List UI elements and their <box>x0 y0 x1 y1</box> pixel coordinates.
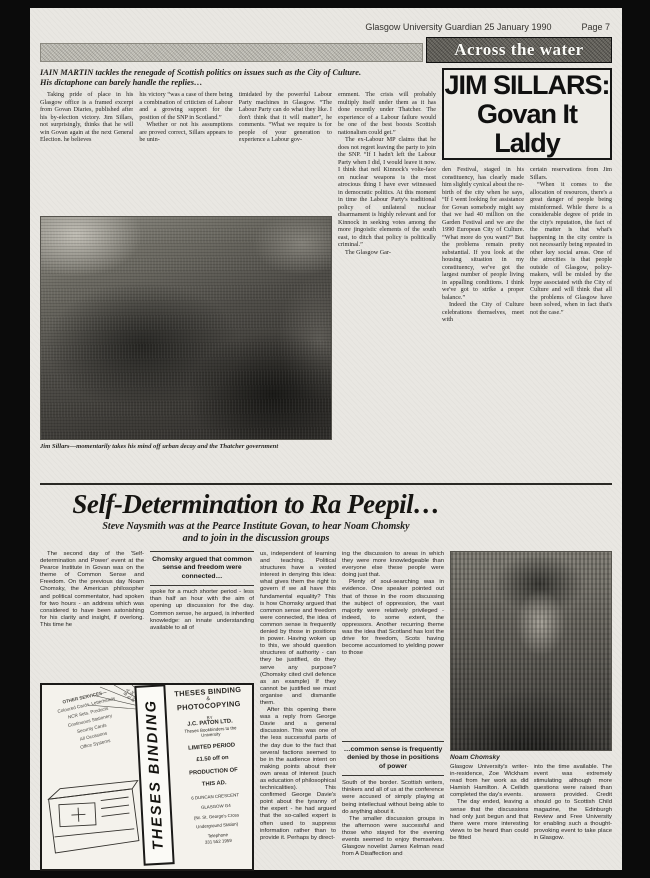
sillars-left-block: Taking pride of place in his Glasgow off… <box>40 91 332 473</box>
sillars-article: IAIN MARTIN tackles the renegade of Scot… <box>40 68 612 476</box>
page-number: Page 7 <box>581 22 610 34</box>
pull-quote-1: Chomsky argued that common sense and fre… <box>150 551 254 586</box>
chomsky-photo <box>450 551 612 751</box>
pull-quote-2: …common sense is frequently denied by th… <box>342 741 444 776</box>
theses-binding-ad: OTHER SERVICES—Coloured Cards, Letterhea… <box>40 683 254 871</box>
chomsky-left-group: The second day of the 'Self-determinatio… <box>40 551 254 871</box>
chomsky-headline: Self-Determination to Ra Peepil… <box>40 490 472 519</box>
chomsky-photo-caption: Noam Chomsky <box>450 754 612 761</box>
chomsky-column-b: Chomsky argued that common sense and fre… <box>150 551 254 677</box>
sillars-photo <box>40 216 332 440</box>
sillars-right-block: JIM SILLARS: Govan It Laldy den Festival… <box>442 68 612 476</box>
screenshot-root: { "header": { "masthead": "Glasgow Unive… <box>0 0 650 878</box>
article-column: ing the discussion to areas in which the… <box>342 551 444 737</box>
sillars-photo-caption: Jim Sillars—momentarily takes his mind o… <box>40 443 332 450</box>
chomsky-byline: Steve Naysmith was at the Pearce Institu… <box>40 521 472 545</box>
article-column: his victory “was a case of there being a… <box>139 91 232 210</box>
newspaper-page: Glasgow University Guardian 25 January 1… <box>30 8 622 870</box>
section-banner-row: Across the water <box>40 37 612 63</box>
masthead-dateline: Glasgow University Guardian 25 January 1… <box>365 22 551 34</box>
sillars-headline-box: JIM SILLARS: Govan It Laldy <box>442 68 612 160</box>
chomsky-columns-a-b: The second day of the 'Self-determinatio… <box>40 551 254 677</box>
article-column: The second day of the 'Self-determinatio… <box>40 551 144 677</box>
chomsky-column-d: ing the discussion to areas in which the… <box>342 551 444 867</box>
chomsky-article-body: The second day of the 'Self-determinatio… <box>40 551 612 871</box>
article-column: South of the border. Scottish writers, t… <box>342 780 444 867</box>
sillars-columns: Taking pride of place in his Glasgow off… <box>40 91 436 473</box>
page-header: Glasgow University Guardian 25 January 1… <box>40 22 612 34</box>
article-column: into the time available. The event was e… <box>534 764 613 856</box>
kicker-line-1: IAIN MARTIN tackles the renegade of Scot… <box>40 68 361 77</box>
article-column: us, independent of learning and teaching… <box>260 551 336 867</box>
chomsky-columns-e-f: Glasgow University's writer-in-residence… <box>450 764 612 856</box>
byline-line-2: and to join in the discussion groups <box>183 533 330 544</box>
section-banner: Across the water <box>426 37 612 63</box>
chomsky-right-group: Noam Chomsky Glasgow University's writer… <box>450 551 612 871</box>
article-column: spoke for a much shorter period - less t… <box>150 589 254 632</box>
article-kicker: IAIN MARTIN tackles the renegade of Scot… <box>40 68 436 89</box>
ad-offer: LIMITED PERIOD£1.50 off onPRODUCTION OFT… <box>175 741 252 791</box>
article-column: den Festival, staged in his constituency… <box>442 166 524 476</box>
headline-line: JIM SILLARS: <box>444 71 609 100</box>
article-column: Taking pride of place in his Glasgow off… <box>40 91 133 210</box>
halftone-tint-bar <box>40 43 423 62</box>
headline-line: Govan It <box>477 100 577 129</box>
article-column: ernment. The crisis will probably multip… <box>338 91 436 473</box>
kicker-line-2: His dictaphone can barely handle the rep… <box>40 78 202 87</box>
ad-spine-text: THESES BINDING <box>143 699 167 851</box>
sillars-article-main: IAIN MARTIN tackles the renegade of Scot… <box>40 68 436 476</box>
headline-line: Laldy <box>494 129 560 158</box>
article-column: certain reservations from Jim Sillars.“W… <box>530 166 612 476</box>
ad-copy-block: THESES BINDING & PHOTOCOPYING BY J.C. PA… <box>171 686 254 847</box>
article-column: Glasgow University's writer-in-residence… <box>450 764 529 856</box>
article-column: timidated by the powerful Labour Party m… <box>239 91 332 210</box>
ad-address: 6 DUNCAN CRESCENTGLASGOW G4(Nr. St. Geor… <box>178 791 254 831</box>
byline-line-1: Steve Naysmith was at the Pearce Institu… <box>102 521 409 532</box>
sillars-columns-5-6: den Festival, staged in his constituency… <box>442 166 612 476</box>
sillars-columns-1-3: Taking pride of place in his Glasgow off… <box>40 91 332 210</box>
chomsky-article: Self-Determination to Ra Peepil… Steve N… <box>40 483 612 871</box>
